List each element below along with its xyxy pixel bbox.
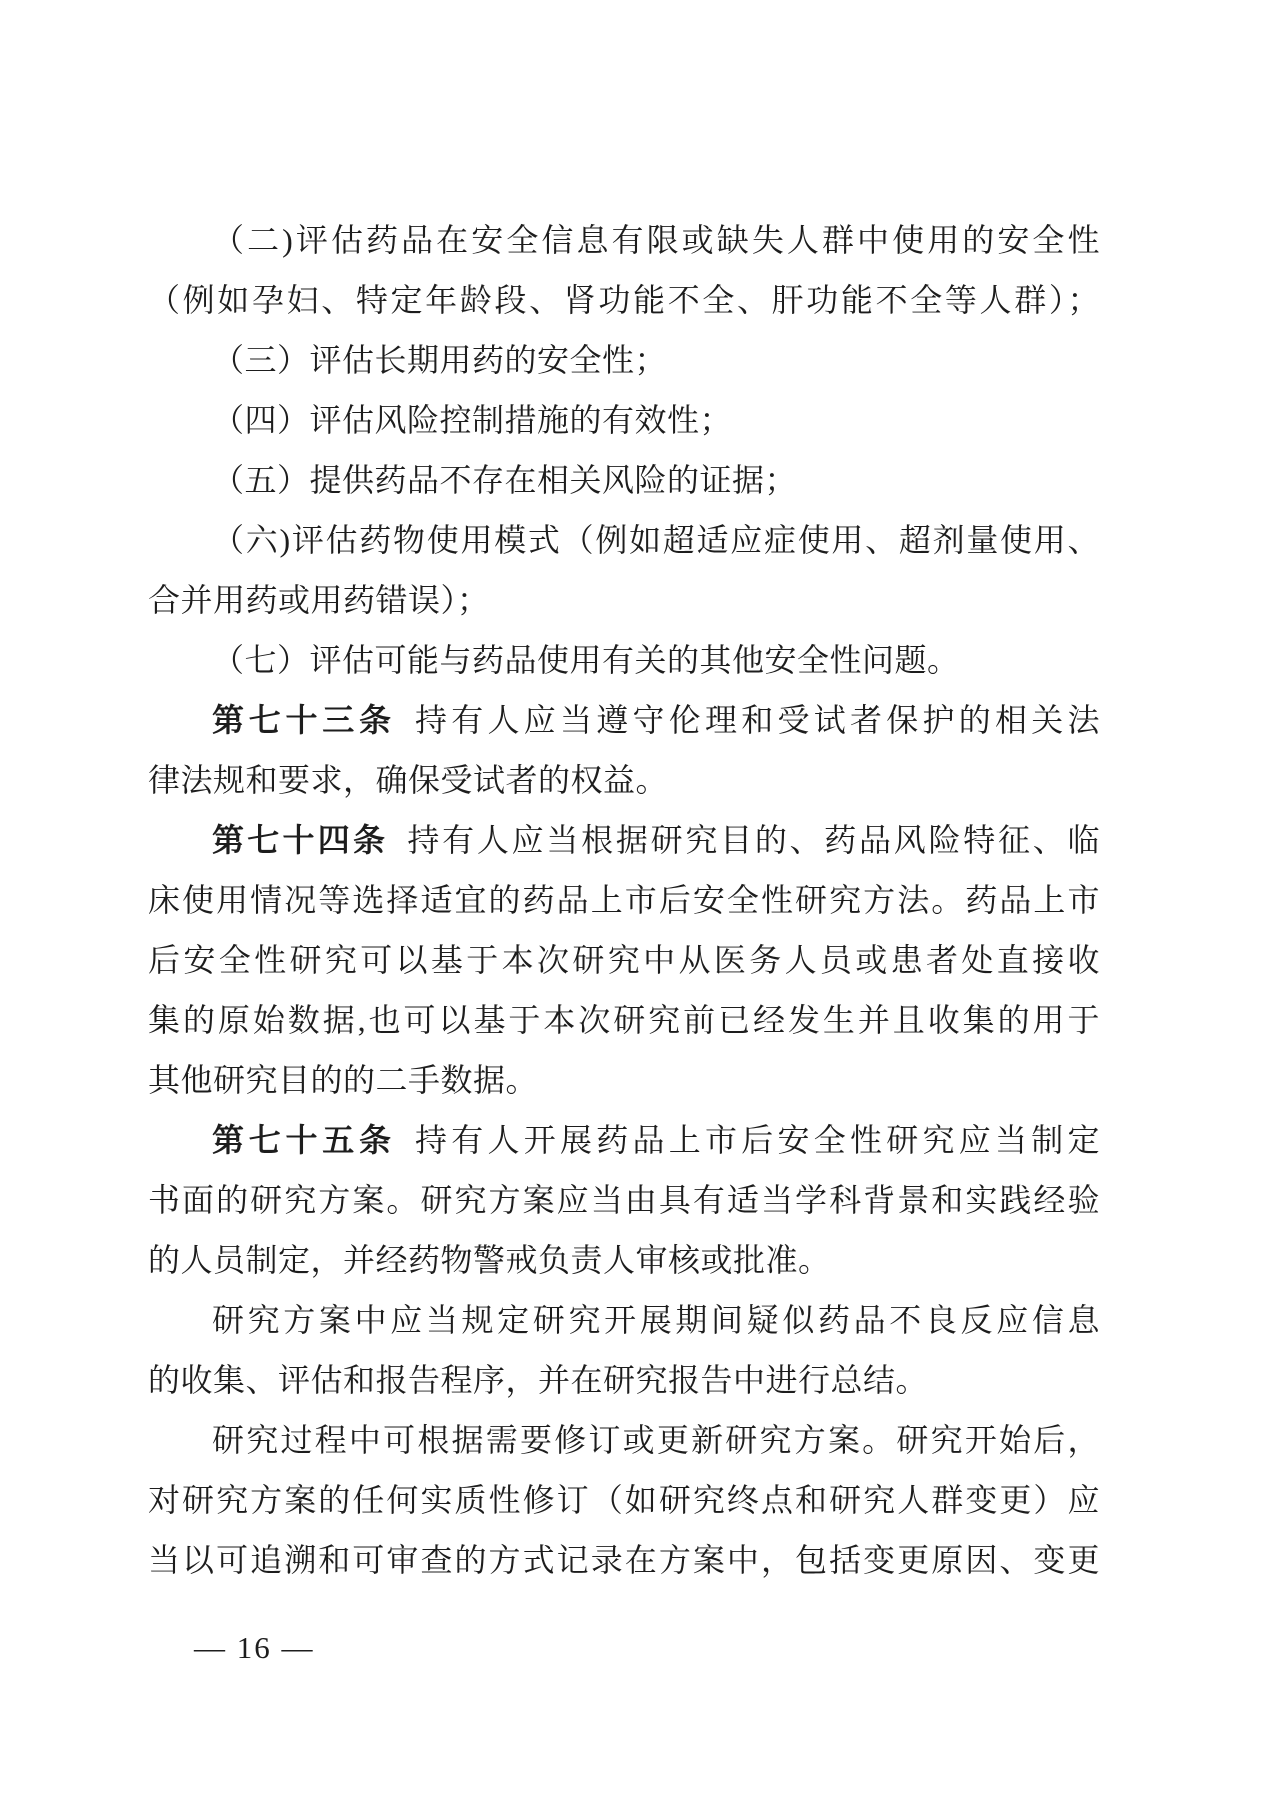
- line-text: （六)评估药物使用模式（例如超适应症使用、超剂量使用、: [212, 522, 1100, 558]
- text-line: 对研究方案的任何实质性修订（如研究终点和研究人群变更）应: [148, 1470, 1100, 1530]
- line-text: （三）评估长期用药的安全性；: [212, 342, 667, 378]
- document-page: { "document": { "language": "zh-CN", "pa…: [0, 0, 1280, 1810]
- line-text: （例如孕妇、特定年龄段、肾功能不全、肝功能不全等人群）；: [148, 282, 1100, 318]
- text-line: 当以可追溯和可审查的方式记录在方案中，包括变更原因、变更: [148, 1530, 1100, 1590]
- line-text: 的收集、评估和报告程序，并在研究报告中进行总结。: [148, 1362, 928, 1398]
- text-line: 研究过程中可根据需要修订或更新研究方案。研究开始后，: [148, 1410, 1100, 1470]
- line-text: 律法规和要求，确保受试者的权益。: [148, 762, 668, 798]
- line-text: 后安全性研究可以基于本次研究中从医务人员或患者处直接收: [148, 942, 1100, 978]
- page-footer: — 16 —: [194, 1630, 315, 1666]
- line-text: 研究过程中可根据需要修订或更新研究方案。研究开始后，: [212, 1422, 1100, 1458]
- text-line: （二)评估药品在安全信息有限或缺失人群中使用的安全性: [148, 210, 1100, 270]
- text-line: 第七十五条持有人开展药品上市后安全性研究应当制定: [148, 1110, 1100, 1170]
- text-line: 第七十四条持有人应当根据研究目的、药品风险特征、临: [148, 810, 1100, 870]
- line-text: 其他研究目的的二手数据。: [148, 1062, 538, 1098]
- text-line: 的收集、评估和报告程序，并在研究报告中进行总结。: [148, 1350, 1100, 1410]
- text-line: 后安全性研究可以基于本次研究中从医务人员或患者处直接收: [148, 930, 1100, 990]
- article-number: 第七十五条: [212, 1122, 396, 1158]
- text-line: 的人员制定，并经药物警戒负责人审核或批准。: [148, 1230, 1100, 1290]
- document-body: （二)评估药品在安全信息有限或缺失人群中使用的安全性（例如孕妇、特定年龄段、肾功…: [148, 210, 1100, 1590]
- line-text: 床使用情况等选择适宜的药品上市后安全性研究方法。药品上市: [148, 882, 1100, 918]
- text-line: （三）评估长期用药的安全性；: [148, 330, 1100, 390]
- text-line: （七）评估可能与药品使用有关的其他安全性问题。: [148, 630, 1100, 690]
- text-line: （六)评估药物使用模式（例如超适应症使用、超剂量使用、: [148, 510, 1100, 570]
- line-text: 对研究方案的任何实质性修订（如研究终点和研究人群变更）应: [148, 1482, 1100, 1518]
- line-text: （四）评估风险控制措施的有效性；: [212, 402, 732, 438]
- line-text: 持有人应当遵守伦理和受试者保护的相关法: [415, 702, 1100, 738]
- line-text: （五）提供药品不存在相关风险的证据；: [212, 462, 797, 498]
- line-text: 持有人应当根据研究目的、药品风险特征、临: [407, 822, 1100, 858]
- text-line: 第七十三条持有人应当遵守伦理和受试者保护的相关法: [148, 690, 1100, 750]
- text-line: （例如孕妇、特定年龄段、肾功能不全、肝功能不全等人群）；: [148, 270, 1100, 330]
- line-text: （二)评估药品在安全信息有限或缺失人群中使用的安全性: [212, 222, 1100, 258]
- line-text: 集的原始数据,也可以基于本次研究前已经发生并且收集的用于: [148, 1002, 1100, 1038]
- line-text: 持有人开展药品上市后安全性研究应当制定: [415, 1122, 1100, 1158]
- text-line: 书面的研究方案。研究方案应当由具有适当学科背景和实践经验: [148, 1170, 1100, 1230]
- text-line: 合并用药或用药错误）；: [148, 570, 1100, 630]
- line-text: 合并用药或用药错误）；: [148, 582, 490, 618]
- line-text: 研究方案中应当规定研究开展期间疑似药品不良反应信息: [212, 1302, 1100, 1338]
- text-line: 研究方案中应当规定研究开展期间疑似药品不良反应信息: [148, 1290, 1100, 1350]
- text-line: （四）评估风险控制措施的有效性；: [148, 390, 1100, 450]
- line-text: 当以可追溯和可审查的方式记录在方案中，包括变更原因、变更: [148, 1542, 1100, 1578]
- article-number: 第七十四条: [212, 822, 388, 858]
- text-line: 集的原始数据,也可以基于本次研究前已经发生并且收集的用于: [148, 990, 1100, 1050]
- line-text: （七）评估可能与药品使用有关的其他安全性问题。: [212, 642, 960, 678]
- text-line: 律法规和要求，确保受试者的权益。: [148, 750, 1100, 810]
- article-number: 第七十三条: [212, 702, 396, 738]
- line-text: 的人员制定，并经药物警戒负责人审核或批准。: [148, 1242, 831, 1278]
- text-line: 其他研究目的的二手数据。: [148, 1050, 1100, 1110]
- text-line: 床使用情况等选择适宜的药品上市后安全性研究方法。药品上市: [148, 870, 1100, 930]
- text-line: （五）提供药品不存在相关风险的证据；: [148, 450, 1100, 510]
- line-text: 书面的研究方案。研究方案应当由具有适当学科背景和实践经验: [148, 1182, 1100, 1218]
- page-number: — 16 —: [194, 1630, 315, 1665]
